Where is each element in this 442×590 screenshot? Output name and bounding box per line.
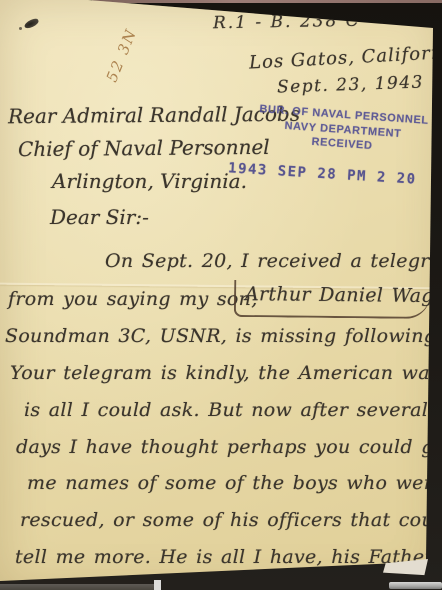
reference-number: R.1 - B. 238 C (213, 11, 361, 34)
letter-photograph: 52 3N R.1 - B. 238 C Los Gatos, Californ… (0, 0, 442, 590)
received-stamp: BUR. OF NAVAL PERSONNEL NAVY DEPARTMENT … (251, 102, 436, 158)
body-line: Soundman 3C, USNR, is missing following … (5, 325, 442, 347)
salutation: Dear Sir:- (50, 205, 149, 229)
place-line: Los Gatos, California (249, 41, 442, 73)
letter-paper: 52 3N R.1 - B. 238 C Los Gatos, Californ… (0, 0, 442, 590)
body-line: me names of some of the boys who were (27, 472, 442, 494)
body-line: Your telegram is kindly, the American wa… (10, 362, 442, 384)
background-edge-strip (92, 0, 442, 3)
recipient-location: Arlington, Virginia. (52, 169, 247, 193)
ink-blot (23, 17, 40, 29)
recipient-title: Chief of Naval Personnel (18, 135, 270, 161)
background-highlight (154, 580, 161, 590)
date-line: Sept. 23, 1943 (277, 72, 425, 97)
background-ledge (0, 584, 155, 590)
body-line: days I have thought perhaps you could gi… (16, 436, 442, 458)
background-silver-object (389, 582, 442, 589)
ink-speck (19, 27, 22, 30)
date-received-stamp: 1943 SEP 28 PM 2 20 (228, 160, 417, 187)
body-line: rescued, or some of his officers that co… (20, 509, 442, 531)
pencil-archival-notation: 52 3N (103, 33, 138, 84)
body-line: tell me more. He is all I have, his Fath… (15, 546, 434, 568)
son-name: Arthur Daniel Wagner, (245, 283, 442, 307)
name-annotation-bracket: Arthur Daniel Wagner, (234, 280, 430, 319)
body-line: is all I could ask. But now after severa… (24, 399, 428, 421)
body-line: from you saying my son, (8, 288, 258, 310)
body-line: On Sept. 20, I received a telegram (105, 250, 442, 272)
